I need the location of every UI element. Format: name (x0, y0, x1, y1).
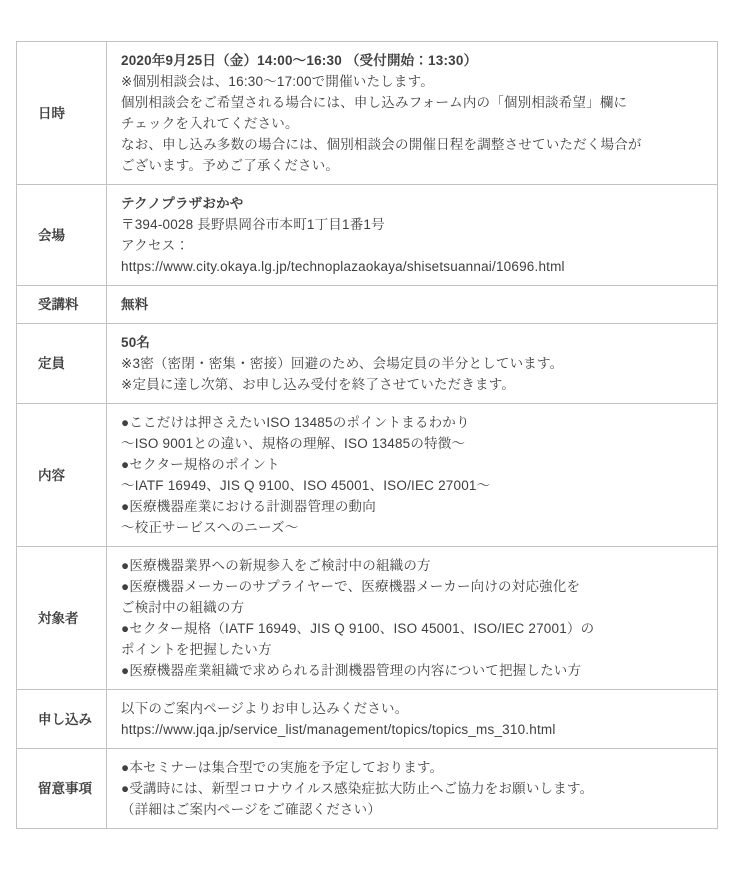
row-content: ●本セミナーは集合型での実施を予定しております。●受講時には、新型コロナウイルス… (107, 749, 718, 829)
row-label: 申し込み (17, 690, 107, 749)
url-text: https://www.city.okaya.lg.jp/technoplaza… (121, 256, 703, 277)
text-line: ～校正サービスへのニーズ～ (121, 517, 703, 538)
text-line: ●本セミナーは集合型での実施を予定しております。 (121, 757, 703, 778)
table-row: 留意事項●本セミナーは集合型での実施を予定しております。●受講時には、新型コロナ… (17, 749, 718, 829)
row-label: 内容 (17, 404, 107, 547)
row-label: 対象者 (17, 547, 107, 690)
table-row: 内容●ここだけは押さえたいISO 13485のポイントまるわかり～ISO 900… (17, 404, 718, 547)
text-line: 個別相談会をご希望される場合には、申し込みフォーム内の「個別相談希望」欄に (121, 92, 703, 113)
table-row: 対象者●医療機器業界への新規参入をご検討中の組織の方●医療機器メーカーのサプライ… (17, 547, 718, 690)
text-line: ●ここだけは押さえたいISO 13485のポイントまるわかり (121, 412, 703, 433)
text-line: 2020年9月25日（金）14:00～16:30 （受付開始：13:30） (121, 50, 703, 71)
table-row: 日時2020年9月25日（金）14:00～16:30 （受付開始：13:30）※… (17, 42, 718, 185)
text-line: ●医療機器産業組織で求められる計測機器管理の内容について把握したい方 (121, 660, 703, 681)
row-label: 日時 (17, 42, 107, 185)
text-line: 以下のご案内ページよりお申し込みください。 (121, 698, 703, 719)
text-line: （詳細はご案内ページをご確認ください） (121, 799, 703, 820)
row-label: 受講料 (17, 286, 107, 324)
text-line: チェックを入れてください。 (121, 113, 703, 134)
text-line: なお、申し込み多数の場合には、個別相談会の開催日程を調整させていただく場合が (121, 134, 703, 155)
text-line: アクセス： (121, 235, 703, 256)
table-row: 受講料無料 (17, 286, 718, 324)
text-line: ご検討中の組織の方 (121, 597, 703, 618)
text-line: 〒394-0028 長野県岡谷市本町1丁目1番1号 (121, 214, 703, 235)
row-label: 定員 (17, 324, 107, 404)
text-line: ※個別相談会は、16:30～17:00で開催いたします。 (121, 71, 703, 92)
text-line: ポイントを把握したい方 (121, 639, 703, 660)
text-line: ●医療機器産業における計測器管理の動向 (121, 496, 703, 517)
row-content: ●医療機器業界への新規参入をご検討中の組織の方●医療機器メーカーのサプライヤーで… (107, 547, 718, 690)
text-line: 無料 (121, 294, 703, 315)
text-line: ～ISO 9001との違い、規格の理解、ISO 13485の特徴～ (121, 433, 703, 454)
row-label: 留意事項 (17, 749, 107, 829)
seminar-info-table: 日時2020年9月25日（金）14:00～16:30 （受付開始：13:30）※… (16, 41, 718, 829)
table-row: 定員50名※3密（密閉・密集・密接）回避のため、会場定員の半分としています。※定… (17, 324, 718, 404)
text-line: テクノプラザおかや (121, 193, 703, 214)
page: 日時2020年9月25日（金）14:00～16:30 （受付開始：13:30）※… (0, 0, 740, 871)
row-content: 以下のご案内ページよりお申し込みください。https://www.jqa.jp/… (107, 690, 718, 749)
text-line: ※3密（密閉・密集・密接）回避のため、会場定員の半分としています。 (121, 353, 703, 374)
row-content: テクノプラザおかや〒394-0028 長野県岡谷市本町1丁目1番1号アクセス：h… (107, 185, 718, 286)
text-line: ※定員に達し次第、お申し込み受付を終了させていただきます。 (121, 374, 703, 395)
text-line: ございます。予めご了承ください。 (121, 155, 703, 176)
row-content: 2020年9月25日（金）14:00～16:30 （受付開始：13:30）※個別… (107, 42, 718, 185)
row-content: 50名※3密（密閉・密集・密接）回避のため、会場定員の半分としています。※定員に… (107, 324, 718, 404)
text-line: ●医療機器業界への新規参入をご検討中の組織の方 (121, 555, 703, 576)
seminar-table-body: 日時2020年9月25日（金）14:00～16:30 （受付開始：13:30）※… (17, 42, 718, 829)
table-row: 会場テクノプラザおかや〒394-0028 長野県岡谷市本町1丁目1番1号アクセス… (17, 185, 718, 286)
row-label: 会場 (17, 185, 107, 286)
text-line: ●受講時には、新型コロナウイルス感染症拡大防止へご協力をお願いします。 (121, 778, 703, 799)
text-line: ～IATF 16949、JIS Q 9100、ISO 45001、ISO/IEC… (121, 475, 703, 496)
row-content: 無料 (107, 286, 718, 324)
text-line: ●セクター規格のポイント (121, 454, 703, 475)
table-row: 申し込み以下のご案内ページよりお申し込みください。https://www.jqa… (17, 690, 718, 749)
text-line: ●セクター規格（IATF 16949、JIS Q 9100、ISO 45001、… (121, 618, 703, 639)
url-text: https://www.jqa.jp/service_list/manageme… (121, 719, 703, 740)
text-line: 50名 (121, 332, 703, 353)
text-line: ●医療機器メーカーのサプライヤーで、医療機器メーカー向けの対応強化を (121, 576, 703, 597)
row-content: ●ここだけは押さえたいISO 13485のポイントまるわかり～ISO 9001と… (107, 404, 718, 547)
